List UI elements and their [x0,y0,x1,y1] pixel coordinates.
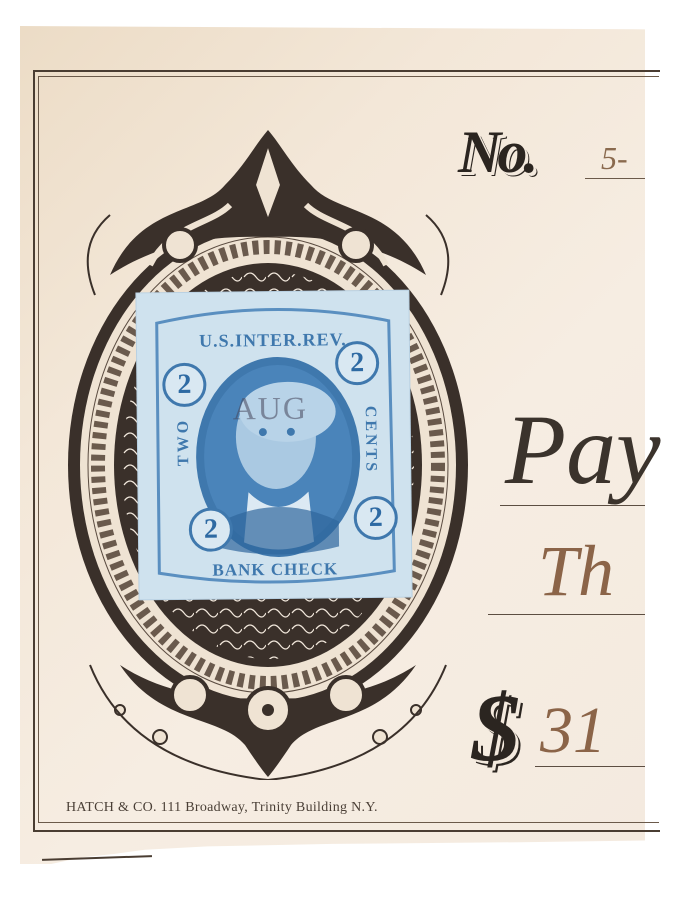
cancellation-mark: AUG [232,390,308,428]
revenue-stamp: U.S.INTER.REV. BANK CHECK TWO CENTS 2 2 … [136,291,411,600]
check-number-value: 5- [601,140,628,177]
printer-imprint: HATCH & CO. 111 Broadway, Trinity Buildi… [66,800,378,816]
stamp-right-text: CENTS [361,406,380,475]
denomination-bottom-right: 2 [354,496,398,540]
payee-handwriting: Th [538,535,614,607]
dollar-sign-icon: $ [472,680,520,776]
stamp-left-text: TWO [175,418,194,466]
denomination-top-right: 2 [335,341,379,385]
pay-line [500,505,645,506]
stamp-bottom-text: BANK CHECK [139,559,411,582]
check-number-line [585,178,645,179]
denomination-top-left: 2 [162,363,206,407]
payee-line [488,614,645,615]
check-number-label: No. [458,118,534,187]
amount-line [535,766,645,767]
denomination-bottom-left: 2 [189,507,233,551]
pay-label: Pay [505,400,660,500]
amount-handwriting: 31 [540,698,606,764]
